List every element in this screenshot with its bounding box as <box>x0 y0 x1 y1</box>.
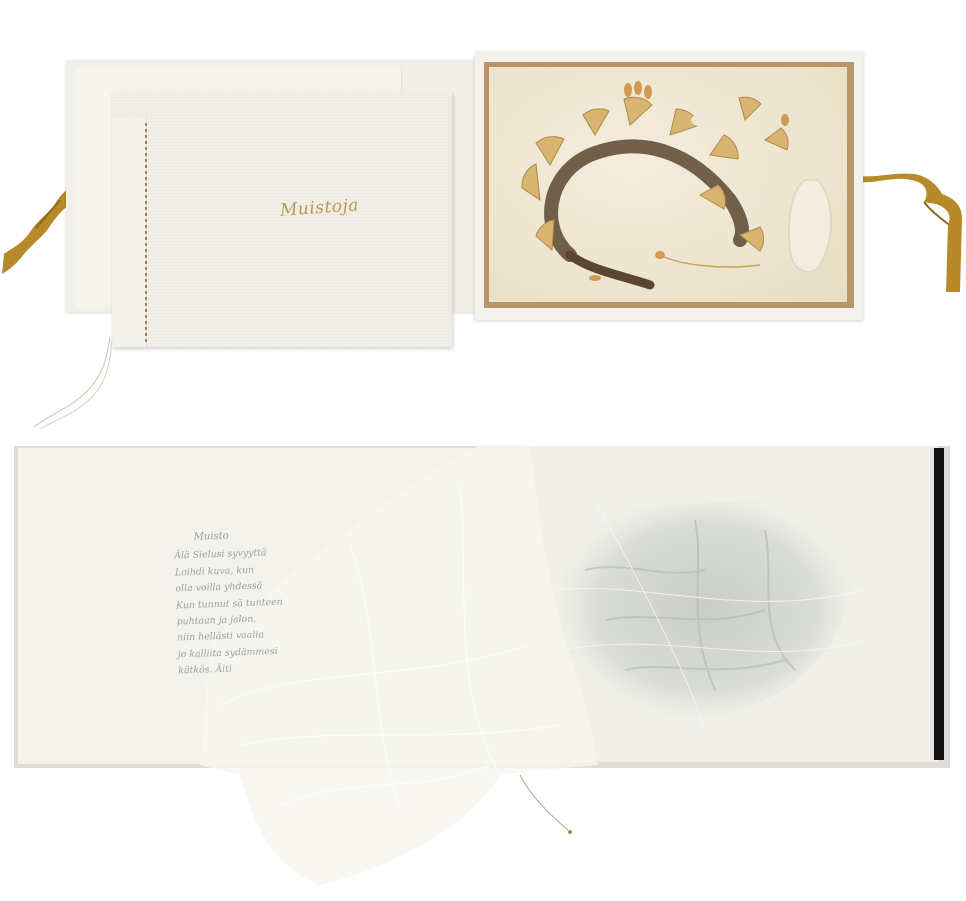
binding-thread <box>30 335 120 435</box>
dried-flower-wreath <box>500 80 840 295</box>
stitched-binding <box>145 122 147 342</box>
cover-spine <box>112 118 147 347</box>
right-ribbon <box>858 172 966 294</box>
book-back-edge <box>934 448 944 760</box>
poem-title: Muisto <box>193 526 313 547</box>
handwritten-poem: Muisto Älä Sielusi syvyyttä Loihdi kuva,… <box>173 526 318 680</box>
